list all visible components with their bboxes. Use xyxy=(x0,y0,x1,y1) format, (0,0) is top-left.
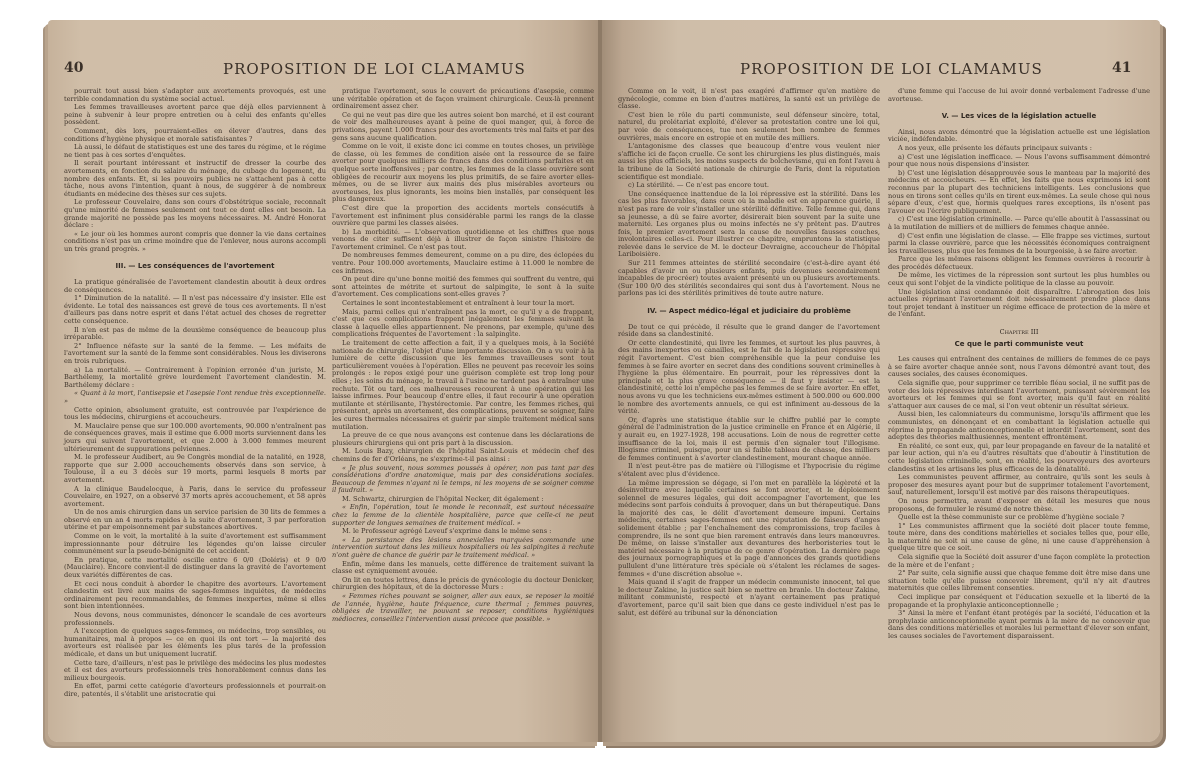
paragraph: Comme on le voit, il existe donc ici com… xyxy=(332,143,594,204)
paragraph: Cette tare, d'ailleurs, n'est pas le pri… xyxy=(64,660,326,683)
paragraph: pourrait tout aussi bien s'adapter aux a… xyxy=(64,88,326,103)
paragraph: Un de nos amis chirurgien dans un servic… xyxy=(64,509,326,532)
paragraph: Il n'est peut-être pas de matière où l'i… xyxy=(618,463,880,478)
paragraph: Mais quand il s'agit de frapper un médec… xyxy=(618,579,880,617)
paragraph: Aussi bien, les calomniateurs du communi… xyxy=(888,411,1150,441)
paragraph: Les causes qui entraînent des centaines … xyxy=(888,356,1150,379)
chapter-label: Chapitre III xyxy=(888,329,1150,337)
paragraph: On nous permettra, avant d'exposer en dé… xyxy=(888,498,1150,513)
open-book: 40 PROPOSITION DE LOI CLAMAMUS pourrait … xyxy=(48,20,1160,742)
paragraph: Enfin, même dans les manuels, cette diff… xyxy=(332,561,594,576)
running-head-right: PROPOSITION DE LOI CLAMAMUS xyxy=(740,60,1043,78)
right-page-column-2: d'une femme qui l'accuse de lui avoir do… xyxy=(888,88,1150,642)
paragraph: 2° Influence néfaste sur la santé de la … xyxy=(64,343,326,366)
paragraph: Les communistes peuvent affirmer, au con… xyxy=(888,474,1150,497)
quote: « Le jour où les hommes auront compris q… xyxy=(64,231,326,254)
quote: « Enfin, l'opération, tout le monde le r… xyxy=(332,504,594,527)
paragraph: Comme on le voit, la mortalité à la suit… xyxy=(64,533,326,556)
paragraph: A la clinique Baudelocque, à Paris, dans… xyxy=(64,486,326,509)
paragraph: La pratique généralisée de l'avortement … xyxy=(64,279,326,294)
paragraph: M. le Professeur agrégé Leveuf s'exprime… xyxy=(332,528,594,536)
paragraph: d) C'est enfin une législation de classe… xyxy=(888,233,1150,256)
paragraph: De tout ce qui précède, il résulte que l… xyxy=(618,324,880,339)
quote: « Femmes riches pouvant se soigner, alle… xyxy=(332,593,594,623)
paragraph: Une conséquence inattendue de la loi rép… xyxy=(618,191,880,259)
quote: « Je plus souvent, nous sommes poussés à… xyxy=(332,465,594,495)
paragraph: Une législation ainsi condamnée doit dis… xyxy=(888,289,1150,319)
paragraph: En pratique, cette mortalité oscille ent… xyxy=(64,557,326,580)
paragraph: Comme on le voit, il n'est pas exagéré d… xyxy=(618,88,880,111)
paragraph: La même impression se dégage, si l'on me… xyxy=(618,480,880,579)
paragraph: Ainsi, nous avons démontré que la législ… xyxy=(888,129,1150,144)
paragraph: Et ceci nous conduit à aborder le chapit… xyxy=(64,581,326,611)
paragraph: A l'exception de quelques sages-femmes, … xyxy=(64,628,326,658)
paragraph: Sur 211 femmes atteintes de stérilité se… xyxy=(618,260,880,298)
paragraph: En effet, parmi cette catégorie d'avorte… xyxy=(64,683,326,698)
paragraph: b) C'est une législation désapprouvée so… xyxy=(888,170,1150,216)
paragraph: Les femmes travailleuses avortent parce … xyxy=(64,104,326,127)
paragraph: Le traitement de cette affection a fait,… xyxy=(332,340,594,431)
left-page-column-2: pratique l'avortement, sous le couvert d… xyxy=(332,88,594,624)
paragraph: De nombreuses femmes demeurent, comme on… xyxy=(332,252,594,275)
paragraph: M. le professeur Audibert, au 9e Congrès… xyxy=(64,454,326,484)
paragraph: 1° Les communistes affirment que la soci… xyxy=(888,523,1150,553)
paragraph: La preuve de ce que nous avançons est co… xyxy=(332,432,594,447)
quote: « La persistance des lésions annexielles… xyxy=(332,537,594,560)
paragraph: A nos yeux, elle présente les défauts pr… xyxy=(888,145,1150,153)
section-heading-iv: IV. — Aspect médico-légal et judiciaire … xyxy=(618,308,880,316)
paragraph: Le professeur Couvelaire, dans son cours… xyxy=(64,199,326,229)
quote: « Quant à la mort, l'antisepsie et l'ase… xyxy=(64,390,326,405)
paragraph: Nous devons, nous communistes, dénoncer … xyxy=(64,612,326,627)
paragraph: Là aussi, le défaut de statistiques est … xyxy=(64,144,326,159)
paragraph: Il serait pourtant intéressant et instru… xyxy=(64,160,326,198)
section-heading-v: V. — Les vices de la législation actuell… xyxy=(888,113,1150,121)
paragraph: Quelle est la thèse communiste sur ce pr… xyxy=(888,514,1150,522)
paragraph: En réalité, ce sont eux, qui, par leur p… xyxy=(888,443,1150,473)
paragraph: Or, d'après une statistique établie sur … xyxy=(618,417,880,463)
paragraph: 1° Diminution de la natalité. — Il n'est… xyxy=(64,295,326,325)
paragraph: Cela signifie que, pour supprimer ce ter… xyxy=(888,380,1150,410)
running-head-left: PROPOSITION DE LOI CLAMAMUS xyxy=(223,60,526,78)
paragraph: M. Louis Bazy, chirurgien de l'hôpital S… xyxy=(332,448,594,463)
paragraph: a) La mortalité. — Contrairement à l'opi… xyxy=(64,367,326,390)
right-page: PROPOSITION DE LOI CLAMAMUS 41 Comme on … xyxy=(600,20,1160,742)
paragraph: Cela signifie que la Société doit assure… xyxy=(888,554,1150,569)
paragraph: Or cette clandestinité, qui livre les fe… xyxy=(618,340,880,416)
paragraph: Ce qui ne veut pas dire que les autres s… xyxy=(332,112,594,142)
paragraph: C'est dire que la proportion des acciden… xyxy=(332,205,594,228)
page-number-right: 41 xyxy=(1112,60,1131,76)
paragraph: On peut dire qu'une bonne moitié des fem… xyxy=(332,276,594,299)
paragraph: M. Mauclaire pense que sur 100.000 avort… xyxy=(64,423,326,453)
paragraph: Ceci implique par conséquent et l'éducat… xyxy=(888,594,1150,609)
right-page-column-1: Comme on le voit, il n'est pas exagéré d… xyxy=(618,88,880,618)
left-page: 40 PROPOSITION DE LOI CLAMAMUS pourrait … xyxy=(48,20,600,742)
page-number-left: 40 xyxy=(64,60,83,76)
paragraph: C'est bien le rôle du parti communiste, … xyxy=(618,112,880,142)
chapter-title: Ce que le parti communiste veut xyxy=(888,341,1150,349)
paragraph: Cette opinion, absolument gratuite, est … xyxy=(64,407,326,422)
paragraph: Il n'en est pas de même de la deuxième c… xyxy=(64,327,326,342)
paragraph: a) C'est une législation inefficace. — N… xyxy=(888,154,1150,169)
paragraph: De même, les victimes de la répression s… xyxy=(888,272,1150,287)
paragraph: d'une femme qui l'accuse de lui avoir do… xyxy=(888,88,1150,103)
book-spine-gutter xyxy=(598,20,602,742)
left-page-column-1: pourrait tout aussi bien s'adapter aux a… xyxy=(64,88,326,700)
section-heading-iii: III. — Les conséquences de l'avortement xyxy=(64,263,326,271)
paragraph: L'antagonisme des classes que beaucoup d… xyxy=(618,143,880,181)
paragraph: Comment, dès lors, pourraient-elles en é… xyxy=(64,128,326,143)
paragraph: Mais, parmi celles qui n'entraînent pas … xyxy=(332,309,594,339)
paragraph: 3° Ainsi la mère et l'enfant étant proté… xyxy=(888,610,1150,640)
paragraph: On lit en toutes lettres, dans le précis… xyxy=(332,577,594,592)
paragraph: c) La stérilité. — Ce n'est pas encore t… xyxy=(618,182,880,190)
paragraph: c) C'est une législation criminelle. — P… xyxy=(888,216,1150,231)
paragraph: Certaines le sont incontestablement et e… xyxy=(332,300,594,308)
paragraph: b) La morbidité. — L'observation quotidi… xyxy=(332,229,594,252)
paragraph: pratique l'avortement, sous le couvert d… xyxy=(332,88,594,111)
paragraph: Parce que les mêmes raisons obligent les… xyxy=(888,256,1150,271)
paragraph: M. Schwartz, chirurgien de l'hôpital Nec… xyxy=(332,496,594,504)
paragraph: 2° Par suite, cela signifie aussi que ch… xyxy=(888,570,1150,593)
